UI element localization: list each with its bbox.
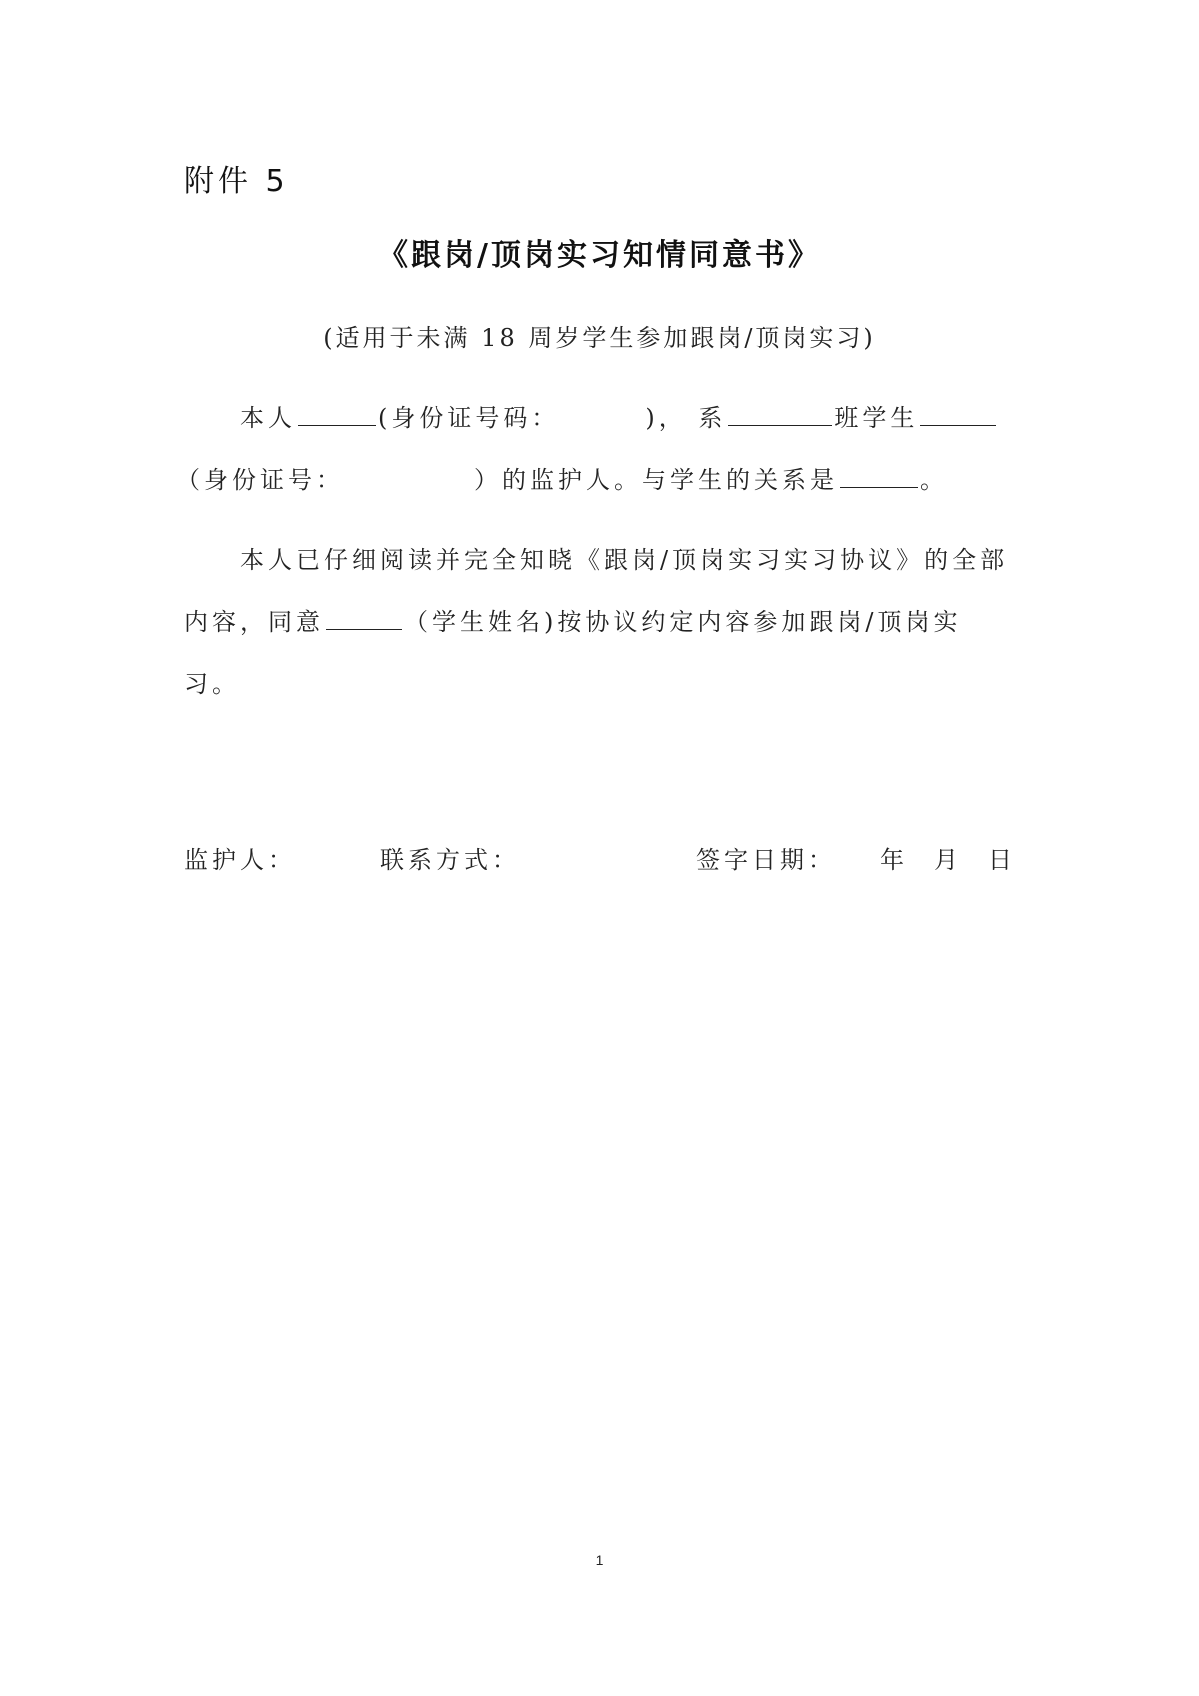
paragraph1-line1: 本人(身份证号码：)， 系班学生 [240,398,998,433]
page-number: 1 [0,1552,1199,1568]
class-blank[interactable] [728,403,832,426]
text-class-student: 班学生 [834,404,918,432]
contact-label: 联系方式： [380,840,520,875]
day-label: 日 [988,840,1016,875]
paragraph2-line1: 本人已仔细阅读并完全知晓《跟岗/顶岗实习实习协议》的全部 [240,540,1008,575]
text-department: )， 系 [645,404,726,432]
text-period: 。 [920,466,948,494]
month-label: 月 [934,840,962,875]
text-id-number-label: (身份证号码： [378,404,559,432]
paragraph1-line2: （身份证号：）的监护人。与学生的关系是。 [176,460,948,495]
document-page: 附件 5 《跟岗/顶岗实习知情同意书》 (适用于未满 18 周岁学生参加跟岗/顶… [0,0,1199,1696]
document-subtitle: (适用于未满 18 周岁学生参加跟岗/顶岗实习) [0,318,1199,353]
guardian-name-blank[interactable] [298,403,376,426]
document-title: 《跟岗/顶岗实习知情同意书》 [0,230,1199,274]
sign-date-label: 签字日期： [696,840,836,875]
student-name-blank-2[interactable] [326,607,402,630]
paragraph2-line2: 内容，同意（学生姓名)按协议约定内容参加跟岗/顶岗实 [184,602,961,637]
text-content-agree: 内容，同意 [184,608,324,636]
text-guardian-relation: ）的监护人。与学生的关系是 [474,466,838,494]
student-name-blank[interactable] [920,403,996,426]
text-student-id-label: （身份证号： [176,466,344,494]
year-label: 年 [880,840,908,875]
paragraph2-line3: 习。 [184,664,240,699]
attachment-label: 附件 5 [184,156,289,200]
guardian-label: 监护人： [184,840,296,875]
text-student-name-note: （学生姓名)按协议约定内容参加跟岗/顶岗实 [404,608,961,636]
text-self: 本人 [240,404,296,432]
relationship-blank[interactable] [840,465,918,488]
